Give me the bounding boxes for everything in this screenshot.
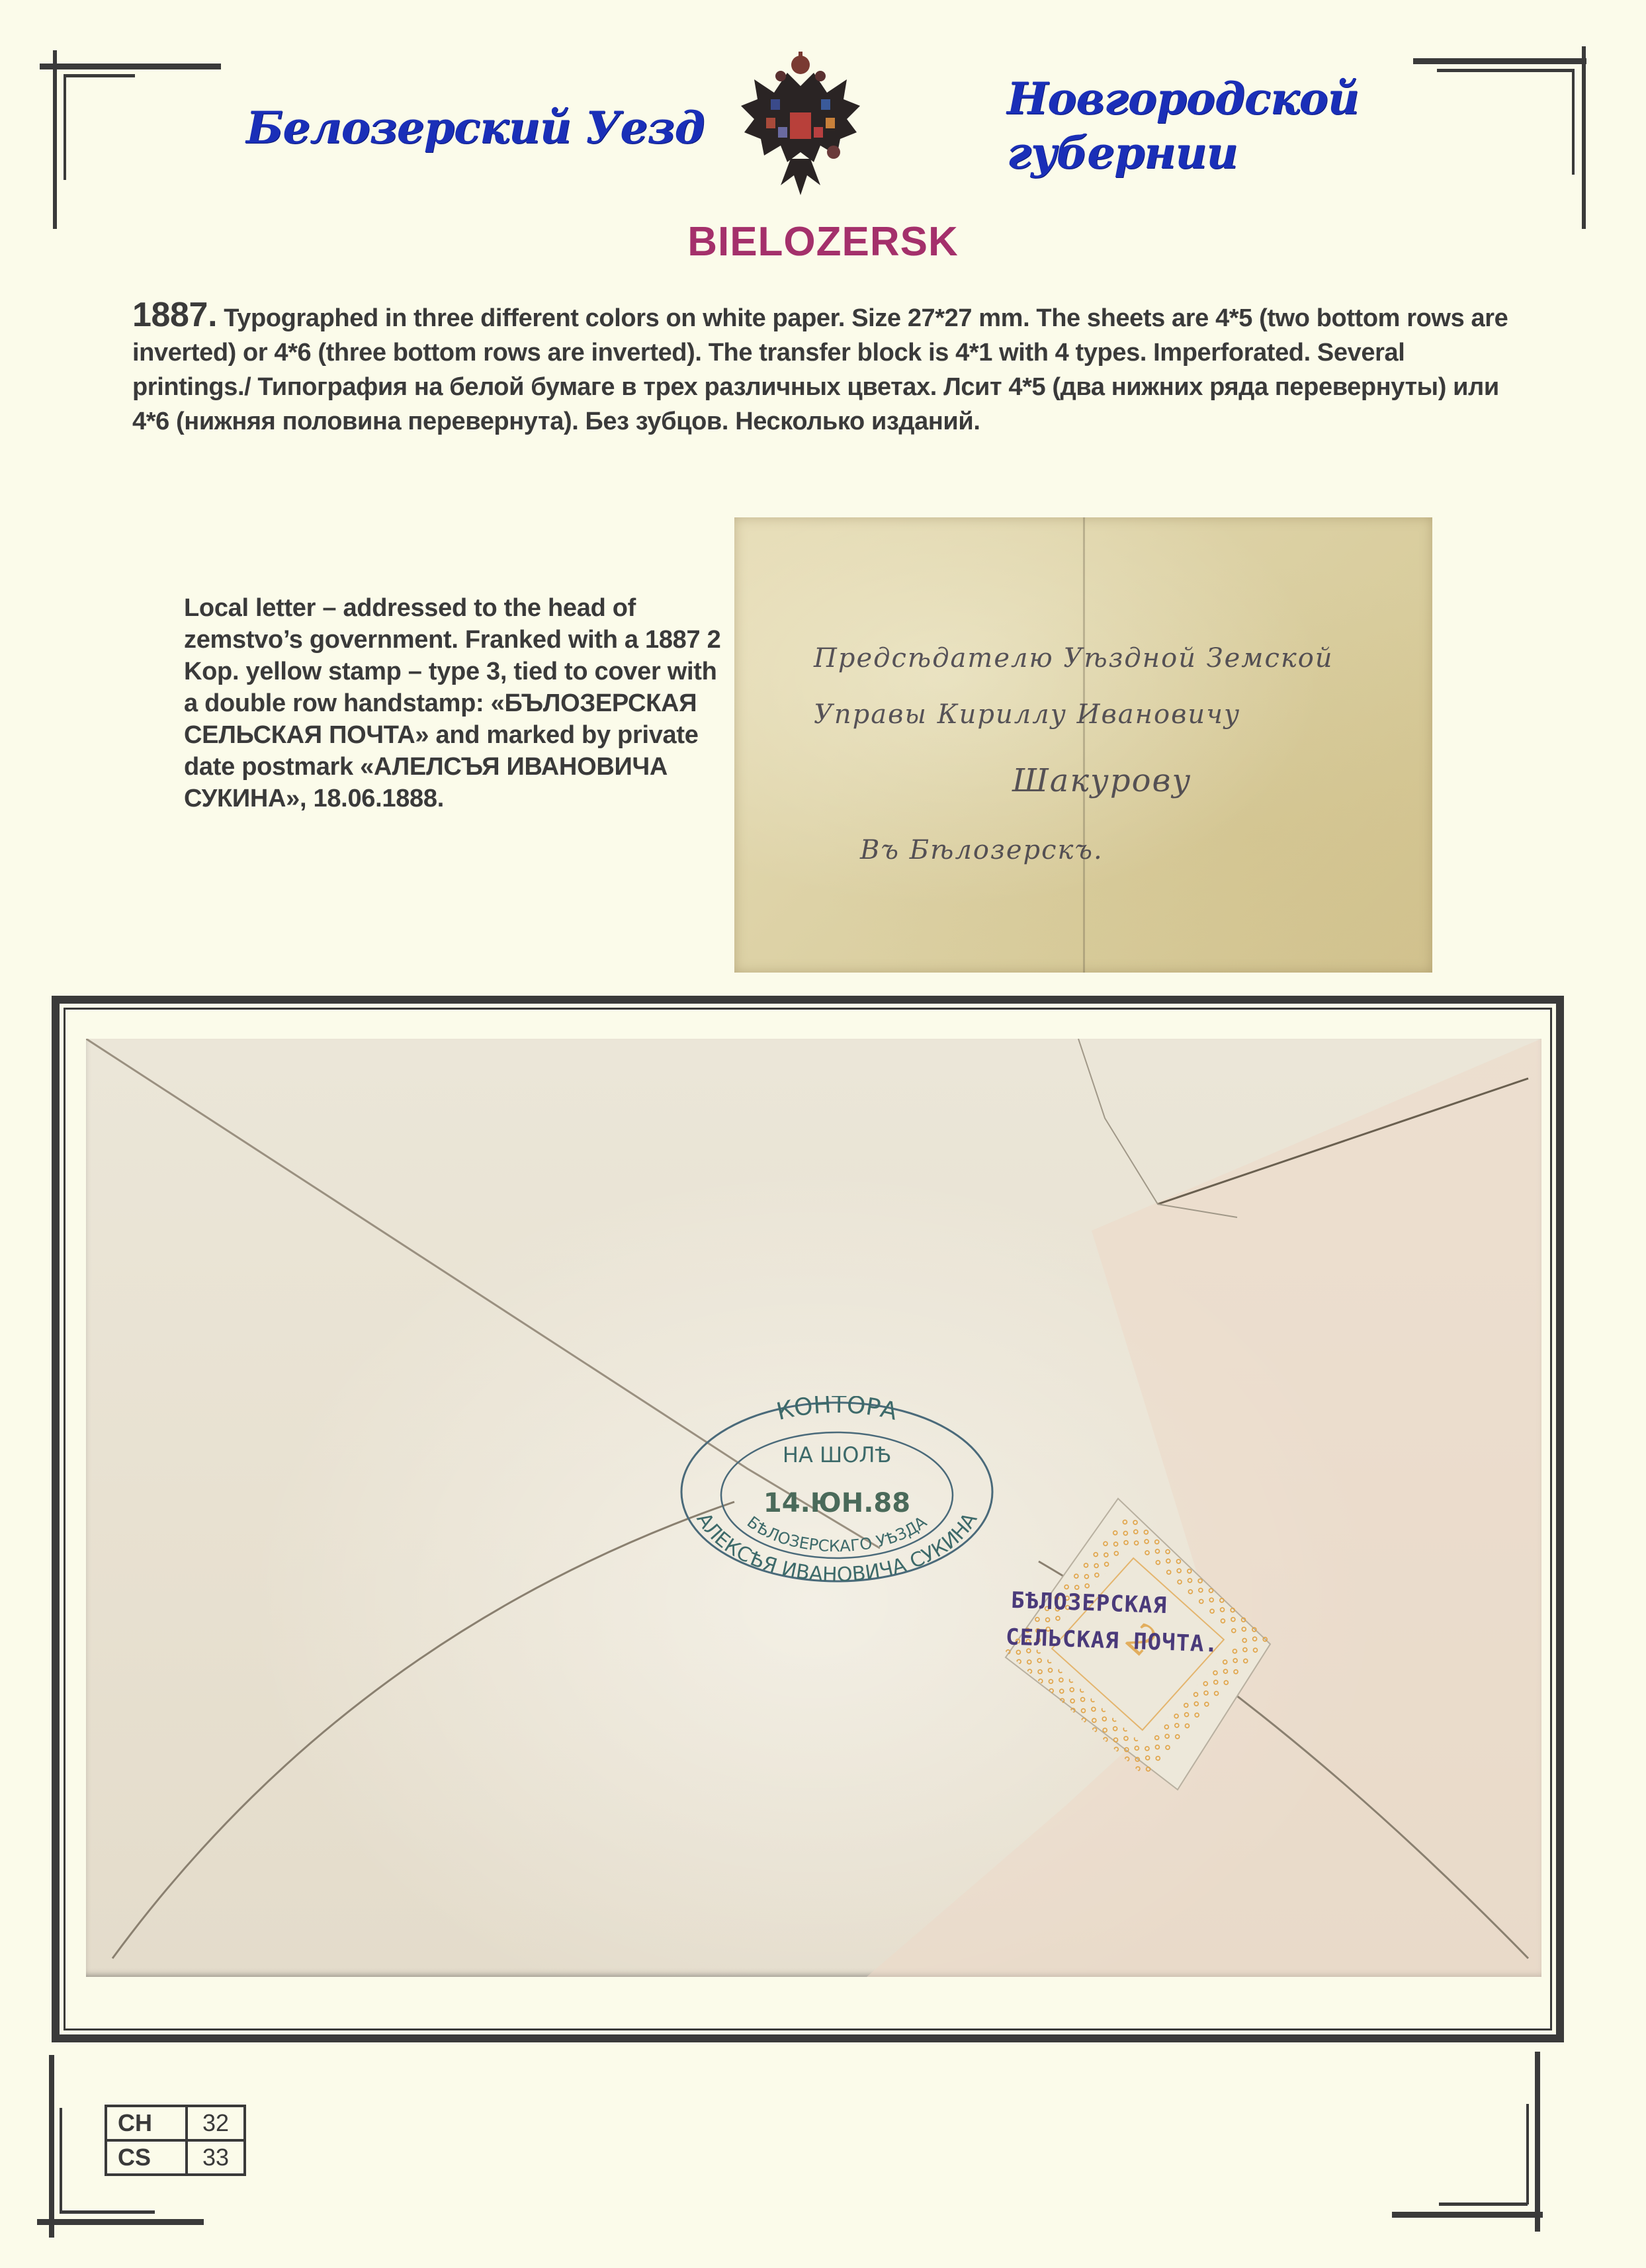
address-line-3: Шакурову <box>1012 762 1191 799</box>
double-headed-eagle-coat-of-arms-icon <box>734 46 867 198</box>
svg-text:БѢЛОЗЕРСКАГО УѢЗДА: БѢЛОЗЕРСКАГО УѢЗДА <box>744 1512 931 1555</box>
province-title: Новгородской губернии <box>1007 71 1359 180</box>
cover-caption: Local letter – addressed to the head of … <box>184 592 726 814</box>
district-title: Белозерский Уезд <box>246 101 704 155</box>
postmark-inner-bottom: БѢЛОЗЕРСКАГО УѢЗДА <box>744 1512 931 1555</box>
cover-front-image: Предсѣдателю Уѣздной Земской Управы Кири… <box>734 517 1432 973</box>
catalog-key: CH <box>106 2106 187 2140</box>
catalog-value: 32 <box>187 2106 245 2140</box>
address-line-1: Предсѣдателю Уѣздной Земской <box>814 643 1334 674</box>
catalog-value: 33 <box>187 2140 245 2175</box>
address-line-2: Управы Кириллу Ивановичу <box>814 699 1240 730</box>
postmark-inner-top: НА ШОЛѢ <box>783 1442 891 1467</box>
catalog-number-table: CH 32 CS 33 <box>105 2105 246 2176</box>
address-line-4: Въ Бѣлозерскъ. <box>860 835 1104 865</box>
handstamp-line-1: БѢЛОЗЕРСКАЯ <box>1010 1587 1167 1619</box>
catalog-key: CS <box>106 2140 187 2175</box>
issue-year: 1887. <box>132 296 217 334</box>
fold-line <box>1083 517 1085 973</box>
catalog-row: CS 33 <box>106 2140 245 2175</box>
catalog-row: CH 32 <box>106 2106 245 2140</box>
yellow-2-kop-stamp: 2 БѢЛОЗЕРСКАЯ СЕЛЬСКАЯ ПОЧТА. <box>992 1479 1283 1796</box>
city-title-text: BIELOZERSK <box>687 219 959 265</box>
postmark-outer-top: КОНТОРА <box>774 1396 900 1426</box>
postmark-date: 14.ЮН.88 <box>763 1488 910 1518</box>
issue-description: 1887. Typographed in three different col… <box>132 298 1528 439</box>
issue-description-text: Typographed in three different colors on… <box>132 304 1508 435</box>
city-title: BIELOZERSK <box>0 218 1646 265</box>
private-date-postmark: КОНТОРА НА ШОЛѢ 14.ЮН.88 БѢЛОЗЕРСКАГО УѢ… <box>671 1396 1002 1588</box>
province-title-line1: Новгородской <box>1007 71 1359 126</box>
svg-text:КОНТОРА: КОНТОРА <box>774 1396 900 1426</box>
province-title-line2: губернии <box>1007 126 1359 180</box>
